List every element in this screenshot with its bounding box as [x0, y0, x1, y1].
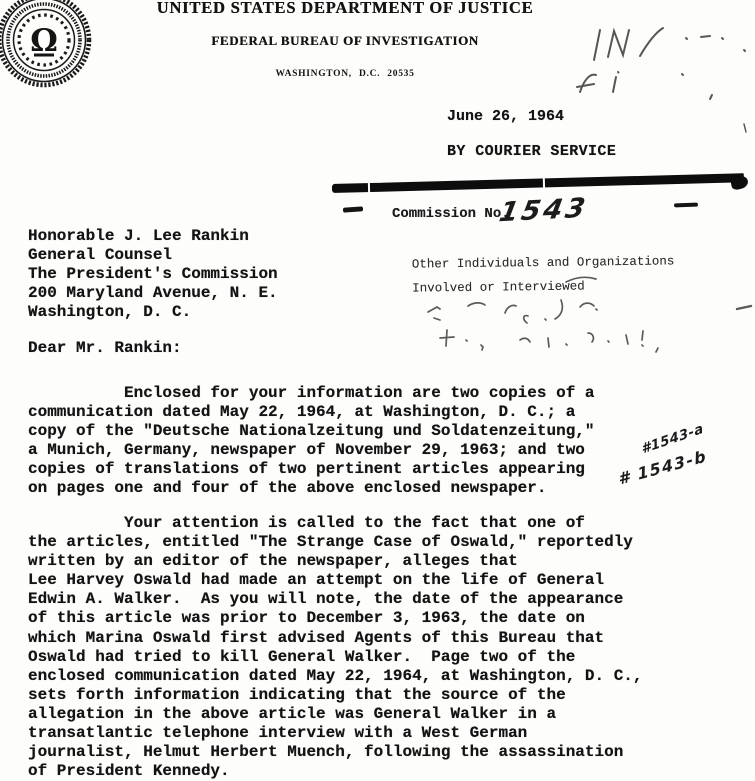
- text-line: copies of translations of two pertinent …: [28, 460, 595, 479]
- letterhead-agency: UNITED STATES DEPARTMENT OF JUSTICE: [75, 0, 615, 18]
- letterhead-bureau: FEDERAL BUREAU OF INVESTIGATION: [75, 33, 615, 49]
- text-line: Lee Harvey Oswald had made an attempt on…: [28, 571, 643, 590]
- text-line: Your attention is called to the fact tha…: [28, 514, 643, 533]
- text-line: General Counsel: [28, 246, 278, 265]
- routing-stamp: Other Individuals and Organizations Invo…: [412, 249, 675, 300]
- commission-number-label: Commission No.: [392, 206, 510, 222]
- body-paragraph-2: Your attention is called to the fact tha…: [28, 514, 643, 781]
- text-line: Enclosed for your information are two co…: [28, 384, 595, 403]
- text-line: on pages one and four of the above enclo…: [28, 479, 595, 498]
- text-line: The President's Commission: [28, 265, 278, 284]
- body-paragraph-1: Enclosed for your information are two co…: [28, 384, 595, 499]
- text-line: a Munich, Germany, newspaper of November…: [28, 441, 595, 460]
- bar-tick: [543, 177, 545, 188]
- text-line: Edwin A. Walker. As you will note, the d…: [28, 590, 643, 609]
- commission-number-handwritten: 1543: [497, 193, 591, 229]
- exhibit-annotation-b: # 1543-b: [617, 446, 708, 489]
- stamp-line: Involved or Interviewed: [412, 273, 675, 300]
- text-line: transatlantic telephone interview with a…: [28, 724, 643, 743]
- recipient-address-block: Honorable J. Lee RankinGeneral CounselTh…: [28, 227, 278, 322]
- text-line: of President Kennedy.: [28, 762, 643, 781]
- text-line: Washington, D. C.: [28, 303, 278, 322]
- bar-tick: [368, 182, 370, 193]
- letter-date: June 26, 1964: [447, 107, 564, 126]
- text-line: journalist, Helmut Herbert Muench, follo…: [28, 743, 643, 762]
- delivery-method: BY COURIER SERVICE: [447, 142, 616, 161]
- margin-dash-right: [674, 203, 698, 208]
- text-line: of this article was prior to December 3,…: [28, 609, 643, 628]
- text-line: 200 Maryland Avenue, N. E.: [28, 284, 278, 303]
- text-line: sets forth information indicating that t…: [28, 686, 643, 705]
- document-page: Ω UNITED STATES DEPARTMENT OF JUSTICE FE…: [0, 0, 755, 781]
- margin-dash-left: [343, 206, 363, 212]
- text-line: written by an editor of the newspaper, a…: [28, 552, 643, 571]
- text-line: Oswald had tried to kill General Walker.…: [28, 648, 643, 667]
- text-line: communication dated May 22, 1964, at Was…: [28, 403, 595, 422]
- text-line: the articles, entitled "The Strange Case…: [28, 533, 643, 552]
- text-line: Honorable J. Lee Rankin: [28, 227, 278, 246]
- text-line: copy of the "Deutsche Nationalzeitung un…: [28, 422, 595, 441]
- text-line: allegation in the above article was Gene…: [28, 705, 643, 724]
- commission-separator-bar: [332, 173, 744, 193]
- salutation: Dear Mr. Rankin:: [28, 339, 182, 358]
- bar-ink-blob: [730, 174, 749, 190]
- text-line: which Marina Oswald first advised Agents…: [28, 629, 643, 648]
- letterhead-office-address: WASHINGTON, D.C. 20535: [75, 69, 615, 79]
- stamp-line: Other Individuals and Organizations: [412, 249, 675, 276]
- text-line: enclosed communication dated May 22, 196…: [28, 667, 643, 686]
